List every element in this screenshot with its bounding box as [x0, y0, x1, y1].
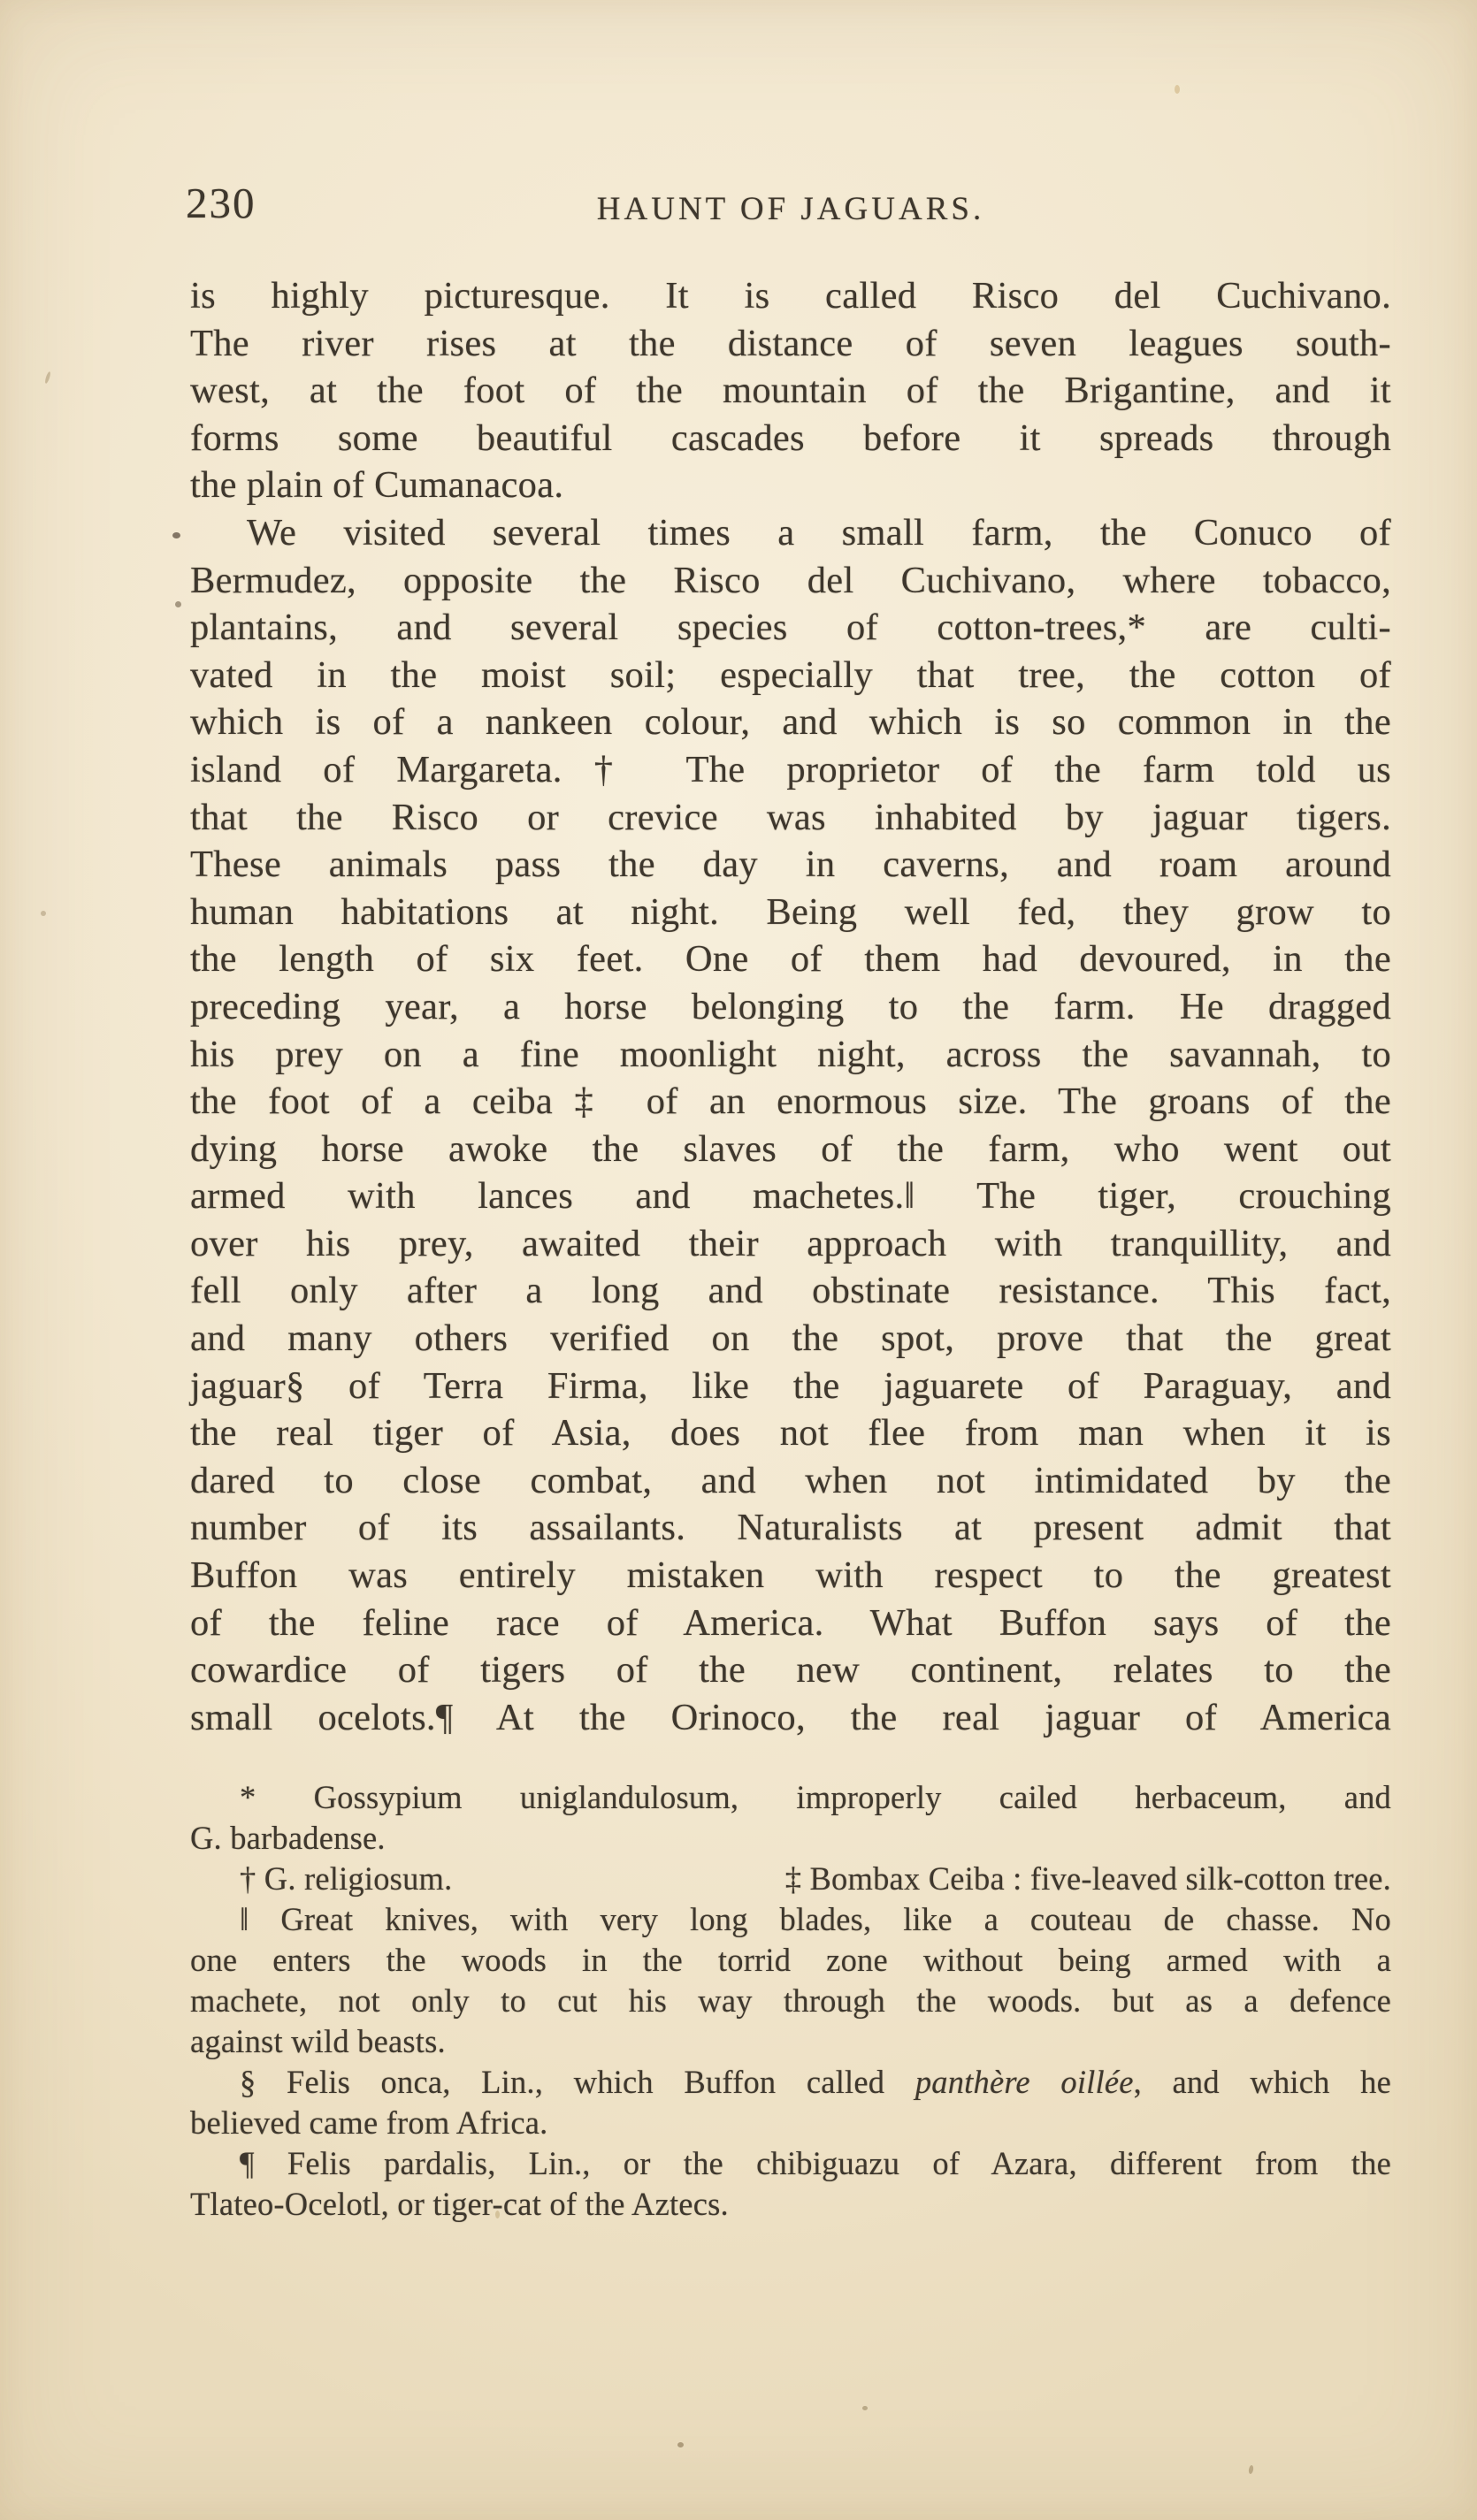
footnote-line: * Gossypium uniglandulosum, improperly c… — [190, 1777, 1391, 1818]
body-line: island of Margareta.† The proprietor of … — [190, 746, 1391, 794]
body-line: his prey on a fine moonlight night, acro… — [190, 1031, 1391, 1079]
paper-speck — [175, 601, 181, 607]
footnote-line: against wild beasts. — [190, 2021, 1391, 2062]
footnote-text: * Gossypium uniglandulosum, improperly c… — [240, 1779, 1391, 1815]
body-line: These animals pass the day in caverns, a… — [190, 841, 1391, 889]
footnote-line: Tlateo-Ocelotl, or tiger-cat of the Azte… — [190, 2184, 1391, 2225]
body-line: fell only after a long and obstinate res… — [190, 1267, 1391, 1315]
body-line: human habitations at night. Being well f… — [190, 889, 1391, 936]
body-line: west, at the foot of the mountain of the… — [190, 367, 1391, 415]
footnote-line: G. barbadense. — [190, 1818, 1391, 1859]
body-line: over his prey, awaited their approach wi… — [190, 1220, 1391, 1268]
paper-speck — [1248, 2465, 1254, 2475]
footnote-text: Tlateo-Ocelotl, or tiger-cat of the Azte… — [190, 2186, 729, 2222]
body-line: cowardice of tigers of the new continent… — [190, 1646, 1391, 1694]
body-line: Bermudez, opposite the Risco del Cuchiva… — [190, 557, 1391, 605]
body-line: plantains, and several species of cotton… — [190, 604, 1391, 652]
body-line: the plain of Cumanacoa. — [190, 462, 1391, 509]
paper-speck — [41, 911, 46, 916]
paper-speck — [44, 371, 51, 385]
footnote-text: one enters the woods in the torrid zone … — [190, 1942, 1391, 1978]
footnote-text: ‡ Bombax Ceiba : five-leaved silk-cotton… — [785, 1859, 1391, 1899]
footnote-text: § Felis onca, Lin., which Buffon called — [240, 2064, 915, 2100]
body-line: We visited several times a small farm, t… — [190, 509, 1391, 557]
body-line: vated in the moist soil; especially that… — [190, 652, 1391, 699]
body-line: forms some beautiful cascades before it … — [190, 415, 1391, 462]
footnote-italic-text: panthère oillée — [915, 2064, 1134, 2100]
footnote-text: ‖ Great knives, with very long blades, l… — [240, 1901, 1391, 1937]
body-line: which is of a nankeen colour, and which … — [190, 699, 1391, 746]
body-line: the length of six feet. One of them had … — [190, 935, 1391, 983]
footnote-line: ‖ Great knives, with very long blades, l… — [190, 1899, 1391, 1940]
body-line: jaguar§ of Terra Firma, like the jaguare… — [190, 1363, 1391, 1410]
body-line: dying horse awoke the slaves of the farm… — [190, 1126, 1391, 1173]
body-line: The river rises at the distance of seven… — [190, 320, 1391, 368]
body-line: preceding year, a horse belonging to the… — [190, 983, 1391, 1031]
paper-speck — [677, 2442, 684, 2447]
body-line: the real tiger of Asia, does not flee fr… — [190, 1409, 1391, 1457]
footnote-text: believed came from Africa. — [190, 2104, 547, 2141]
footnote-text: † G. religiosum. — [190, 1859, 452, 1899]
body-line: dared to close combat, and when not inti… — [190, 1457, 1391, 1505]
footnote-text: ¶ Felis pardalis, Lin., or the chibiguaz… — [240, 2145, 1391, 2181]
footnotes: * Gossypium uniglandulosum, improperly c… — [190, 1777, 1391, 2225]
body-line: Buffon was entirely mistaken with respec… — [190, 1552, 1391, 1600]
footnote-line: one enters the woods in the torrid zone … — [190, 1940, 1391, 1981]
body-line: small ocelots.¶ At the Orinoco, the real… — [190, 1694, 1391, 1742]
footnote-line: believed came from Africa. — [190, 2103, 1391, 2143]
body-line: of the feline race of America. What Buff… — [190, 1600, 1391, 1647]
body-line: number of its assailants. Naturalists at… — [190, 1504, 1391, 1552]
paper-speck — [1175, 85, 1180, 94]
paper-speck — [862, 2406, 868, 2410]
footnote-text: G. barbadense. — [190, 1820, 386, 1856]
body-text: is highly picturesque. It is called Risc… — [190, 272, 1391, 1741]
footnote-text: , and which he — [1134, 2064, 1391, 2100]
body-line: the foot of a ceiba‡ of an enormous size… — [190, 1078, 1391, 1126]
footnote-text: against wild beasts. — [190, 2023, 446, 2059]
footnote-line: ¶ Felis pardalis, Lin., or the chibiguaz… — [190, 2143, 1391, 2184]
body-line: that the Risco or crevice was inhabited … — [190, 794, 1391, 842]
body-line: is highly picturesque. It is called Risc… — [190, 272, 1391, 320]
book-page: { "page": { "number": "230", "header": "… — [0, 0, 1477, 2520]
footnote-text: machete, not only to cut his way through… — [190, 1982, 1391, 2019]
paper-speck — [172, 532, 180, 538]
footnote-line: † G. religiosum.‡ Bombax Ceiba : five-le… — [190, 1859, 1391, 1899]
footnote-line: § Felis onca, Lin., which Buffon called … — [190, 2062, 1391, 2103]
running-header: HAUNT OF JAGUARS. — [190, 187, 1391, 233]
body-line: armed with lances and machetes.‖ The tig… — [190, 1172, 1391, 1220]
footnote-line: machete, not only to cut his way through… — [190, 1981, 1391, 2021]
body-line: and many others verified on the spot, pr… — [190, 1315, 1391, 1363]
